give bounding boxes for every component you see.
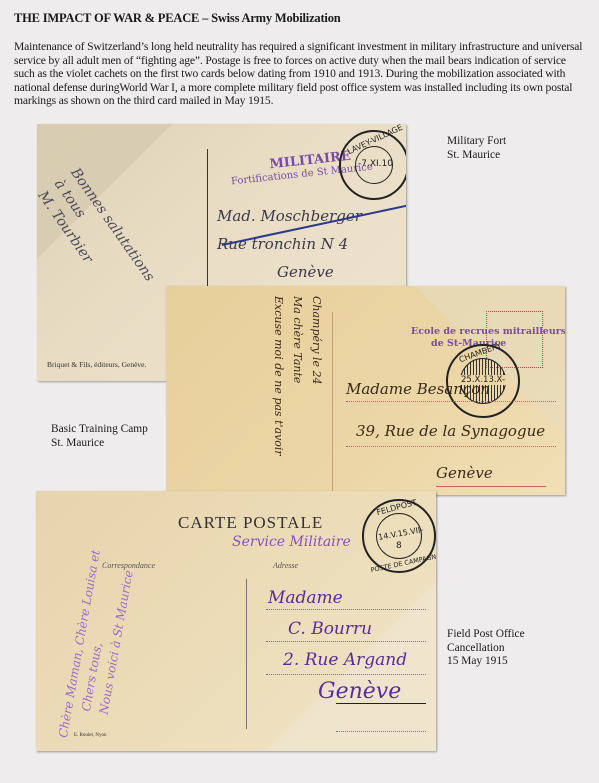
address-line: Rue tronchin N 4 (217, 230, 362, 258)
feldpost-postmark: FELDPOST 14.V.15.VII- 8 POSTE DE CAMPAGN… (362, 499, 436, 573)
handwritten-address: Madame C. Bourru 2. Rue Argand Genève (268, 583, 407, 707)
address-line: 39, Rue de la Synagogue (356, 410, 545, 452)
postmark-date: -7.XI.10 (358, 159, 393, 169)
address-rule (336, 731, 426, 732)
publisher-imprint: E. Roulet, Nyon (74, 733, 107, 738)
handwritten-address: Madame Besançon 39, Rue de la Synagogue … (346, 368, 545, 494)
address-line: C. Bourru (288, 614, 407, 645)
publisher-imprint: Briquet & Fils, éditeurs, Genève. (47, 360, 146, 369)
address-line: Genève (318, 676, 407, 707)
message-line: Ma chère Tante (288, 296, 307, 456)
carte-postale-heading: CARTE POSTALE (178, 513, 323, 533)
postcard-field-post: CARTE POSTALE Correspondance Adresse Ser… (36, 491, 436, 751)
divider-line (246, 579, 247, 729)
divider-line (332, 312, 333, 492)
address-line: Madame Besançon (346, 368, 545, 410)
address-line: Mad. Moschberger (217, 202, 362, 230)
postmark-number: 8 (396, 541, 402, 551)
message-line: Excuse moi de ne pas t'avoir (269, 296, 288, 456)
caption-military-fort: Military Fort St. Maurice (447, 135, 506, 162)
message-line: Champéry le 24 (307, 296, 326, 456)
service-militaire: Service Militaire (232, 534, 351, 550)
handwritten-message: Chère Maman, Chère Louisa et Chers tous,… (54, 548, 140, 745)
postcard-basic-training: Ecole de recrues mitrailleurs de St-Maur… (166, 286, 565, 495)
address-line: 2. Rue Argand (283, 645, 407, 676)
handwritten-message: Champéry le 24 Ma chère Tante Excuse moi… (269, 296, 326, 456)
adresse-label: Adresse (273, 561, 298, 570)
caption-field-post: Field Post Office Cancellation 15 May 19… (447, 628, 525, 669)
address-line: Genève (436, 452, 545, 494)
intro-paragraph: Maintenance of Switzerland’s long held n… (14, 40, 589, 108)
page-title: THE IMPACT OF WAR & PEACE – Swiss Army M… (14, 11, 341, 26)
cachet-line: Ecole de recrues mitrailleurs (411, 326, 565, 338)
caption-basic-training: Basic Training Camp St. Maurice (51, 423, 148, 450)
lavey-village-postmark: -7.XI.10 LAVEY-VILLAGE (339, 130, 406, 200)
address-line: Madame (268, 583, 407, 614)
address-line: Genève (277, 258, 362, 286)
handwritten-address: Mad. Moschberger Rue tronchin N 4 Genève (217, 202, 362, 286)
